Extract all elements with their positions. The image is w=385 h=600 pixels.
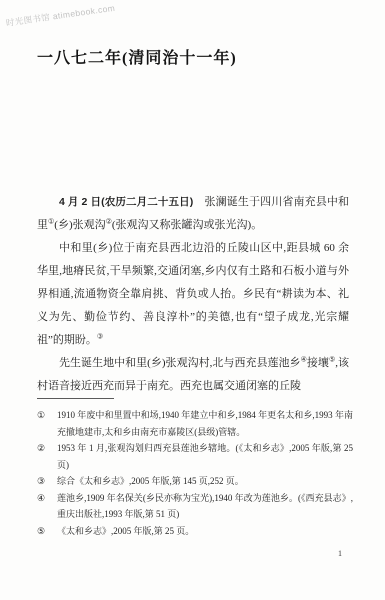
paragraph: 4 月 2 日(农历二月二十五日) 张澜诞生于四川省南充县中和里①(乡)张观沟②…	[37, 191, 349, 237]
footnote-marker: ②	[37, 440, 57, 473]
footnote-marker: ①	[37, 407, 57, 440]
footnote-text: 《太和乡志》,2005 年版,第 25 页。	[57, 523, 353, 540]
footnote-text: 1910 年废中和里置中和场,1940 年建立中和乡,1984 年更名太和乡,1…	[57, 407, 353, 440]
body-text: 4 月 2 日(农历二月二十五日) 张澜诞生于四川省南充县中和里①(乡)张观沟②…	[37, 191, 349, 398]
paragraph-text: 先生诞生地中和里(乡)张观沟村,北与西充县莲池乡	[59, 357, 301, 369]
footnote-marker: ⑤	[37, 523, 57, 540]
footnote-item: ①1910 年废中和里置中和场,1940 年建立中和乡,1984 年更名太和乡,…	[37, 407, 353, 440]
book-page: 时光图书馆 atimebook.com 一八七二年(清同治十一年) 4 月 2 …	[0, 0, 385, 600]
footnote-item: ④莲池乡,1909 年名保关(乡民亦称为宝光),1940 年改为莲池乡。(《西充…	[37, 490, 353, 523]
paragraph: 先生诞生地中和里(乡)张观沟村,北与西充县莲池乡④接壤⑤,该村语音接近西充而异于…	[37, 352, 349, 398]
footnote-item: ⑤《太和乡志》,2005 年版,第 25 页。	[37, 523, 353, 540]
footnote-text: 综合《太和乡志》,2005 年版,第 145 页,252 页。	[57, 473, 353, 490]
date-label: 4 月 2 日(农历二月二十五日)	[59, 196, 193, 208]
footnote-item: ③综合《太和乡志》,2005 年版,第 145 页,252 页。	[37, 473, 353, 490]
footnote-item: ②1953 年 1 月,张观沟划归西充县莲池乡辖地。(《太和乡志》,2005 年…	[37, 440, 353, 473]
footnote-marker: ④	[37, 490, 57, 523]
footnote-text: 莲池乡,1909 年名保关(乡民亦称为宝光),1940 年改为莲池乡。(《西充县…	[57, 490, 353, 523]
page-title: 一八七二年(清同治十一年)	[37, 45, 237, 68]
footnotes: ①1910 年废中和里置中和场,1940 年建立中和乡,1984 年更名太和乡,…	[37, 407, 353, 539]
paragraph: 中和里(乡)位于南充县西北边沿的丘陵山区中,距县城 60 余华里,地瘠民贫,干旱…	[37, 237, 349, 352]
paragraph-text: (张观沟又称张罐沟或张光沟)。	[112, 219, 262, 231]
footnote-ref: ③	[97, 332, 103, 340]
paragraph-text: (乡)张观沟	[54, 219, 105, 231]
footnote-divider	[37, 398, 114, 399]
watermark: 时光图书馆 atimebook.com	[5, 2, 116, 29]
footnote-marker: ③	[37, 473, 57, 490]
paragraph-text: 接壤	[307, 357, 329, 369]
page-number: 1	[338, 549, 342, 558]
paragraph-text: 中和里(乡)位于南充县西北边沿的丘陵山区中,距县城 60 余华里,地瘠民贫,干旱…	[37, 242, 349, 346]
footnote-text: 1953 年 1 月,张观沟划归西充县莲池乡辖地。(《太和乡志》,2005 年版…	[57, 440, 353, 473]
